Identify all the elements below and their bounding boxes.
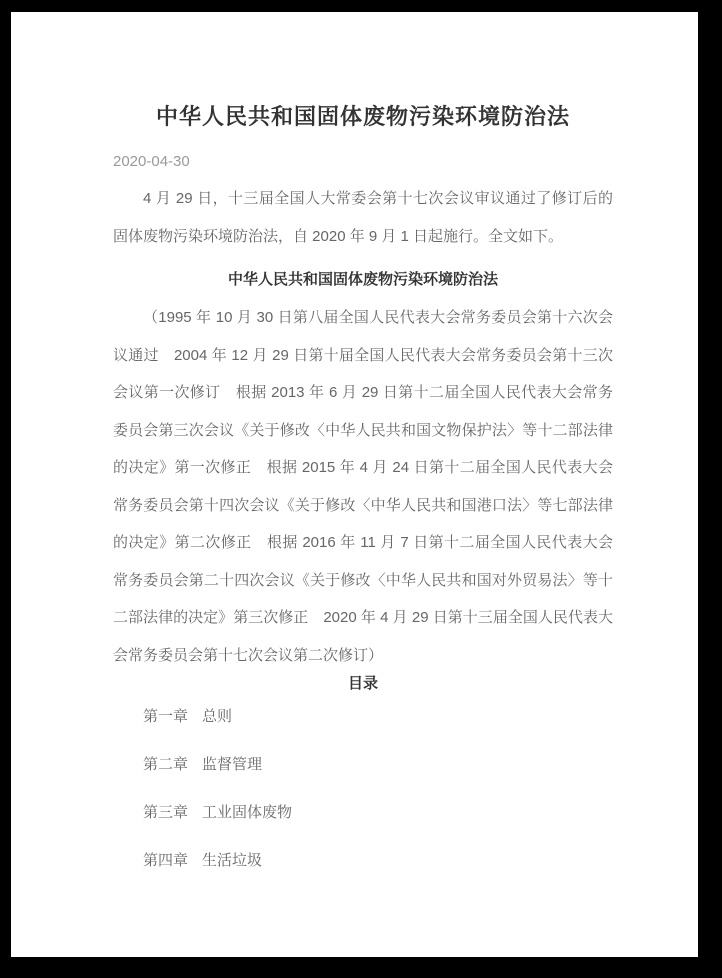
law-title-heading: 中华人民共和国固体废物污染环境防治法: [113, 270, 613, 290]
table-of-contents: 第一章总则 第二章监督管理 第三章工业固体废物 第四章生活垃圾: [113, 705, 613, 873]
intro-paragraph: 4 月 29 日，十三届全国人大常委会第十七次会议审议通过了修订后的固体废物污染…: [113, 180, 613, 256]
toc-chapter-title: 总则: [202, 708, 232, 725]
toc-chapter-title: 工业固体废物: [202, 804, 292, 821]
toc-item-chapter-2: 第二章监督管理: [113, 753, 613, 777]
toc-chapter-number: 第二章: [143, 756, 188, 773]
toc-chapter-title: 监督管理: [202, 756, 262, 773]
toc-chapter-title: 生活垃圾: [202, 852, 262, 869]
document-title: 中华人民共和国固体废物污染环境防治法: [113, 102, 613, 132]
toc-chapter-number: 第四章: [143, 852, 188, 869]
publish-date: 2020-04-30: [113, 152, 613, 172]
revision-history-paragraph: （1995 年 10 月 30 日第八届全国人民代表大会常务委员会第十六次会议通…: [113, 299, 613, 674]
toc-item-chapter-1: 第一章总则: [113, 705, 613, 729]
toc-heading: 目录: [113, 674, 613, 694]
toc-chapter-number: 第一章: [143, 708, 188, 725]
document-page: 中华人民共和国固体废物污染环境防治法 2020-04-30 4 月 29 日，十…: [11, 12, 698, 957]
toc-item-chapter-4: 第四章生活垃圾: [113, 849, 613, 873]
viewer-background: 中华人民共和国固体废物污染环境防治法 2020-04-30 4 月 29 日，十…: [0, 0, 722, 978]
toc-item-chapter-3: 第三章工业固体废物: [113, 801, 613, 825]
toc-chapter-number: 第三章: [143, 804, 188, 821]
